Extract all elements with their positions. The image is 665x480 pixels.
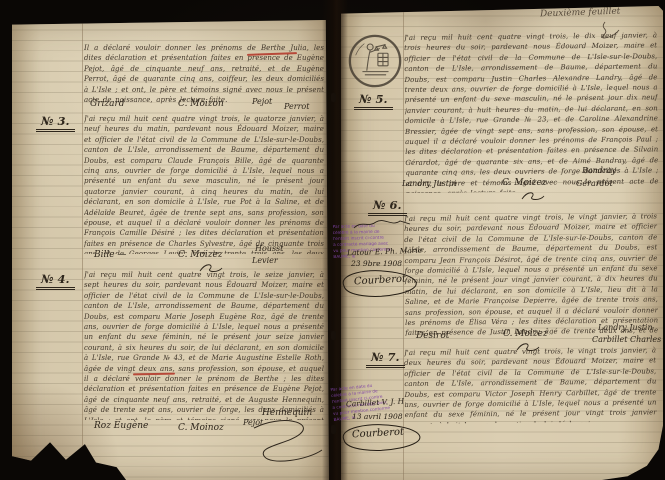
entry-number-6: № 6.: [368, 198, 407, 216]
signature-flourish: [248, 420, 328, 472]
signature: Housst: [255, 244, 283, 253]
signature: C. Moizon: [178, 99, 224, 109]
entry-5-text: J'ai reçu mil huit cent quatre vingt tro…: [404, 30, 659, 193]
official-seal-stamp: [346, 32, 404, 90]
signature: Carbillet Charles: [592, 335, 661, 344]
signature: Perrot: [284, 102, 309, 111]
binding-stitch: [331, 331, 336, 340]
signature: Landry Justin: [598, 323, 653, 332]
entry-number-7: № 7.: [366, 350, 405, 368]
binding-stitch: [331, 93, 336, 102]
signature: Roz Eugène: [94, 421, 148, 431]
signature: Landry Justin: [402, 179, 457, 188]
signature-flourish: [336, 420, 432, 454]
signature: Bille —: [94, 250, 126, 260]
signature: Gérardot: [576, 179, 613, 188]
entry-4-text: J'ai reçu mil huit cent quatre vingt tro…: [84, 270, 324, 420]
signature: Pejot: [252, 97, 272, 106]
registry-book-photo: Il a déclaré vouloir donner les prénoms …: [0, 0, 665, 480]
entry-number-5: № 5.: [354, 92, 393, 110]
signature: C. Moinoz: [178, 423, 224, 433]
signature: Bandray: [582, 166, 616, 175]
margin-rule-left: [82, 20, 83, 480]
entry-6-text: J'ai reçu mil huit cent quatre vingt tro…: [404, 211, 658, 336]
signature: Levier: [252, 256, 278, 265]
signature: C. Moizez: [178, 250, 223, 260]
entry-7-text: J'ai reçu mil huit cent quatre vingt tro…: [404, 345, 657, 424]
entry-number-4: № 4.: [36, 272, 75, 290]
signature: Hennequin: [262, 408, 312, 418]
entry-number-3: № 3.: [36, 114, 75, 132]
entry-3-text: J'ai reçu mil huit cent quatre vingt tro…: [84, 114, 324, 254]
signature-flourish: [520, 190, 546, 202]
signature: C. Moizez: [502, 178, 547, 188]
signature: Désirot: [416, 331, 449, 341]
handwritten-scribble: [352, 218, 412, 232]
signature: C. Moizez: [503, 329, 548, 339]
signature-flourish: [336, 266, 428, 300]
signature: Grizard: [90, 99, 125, 109]
